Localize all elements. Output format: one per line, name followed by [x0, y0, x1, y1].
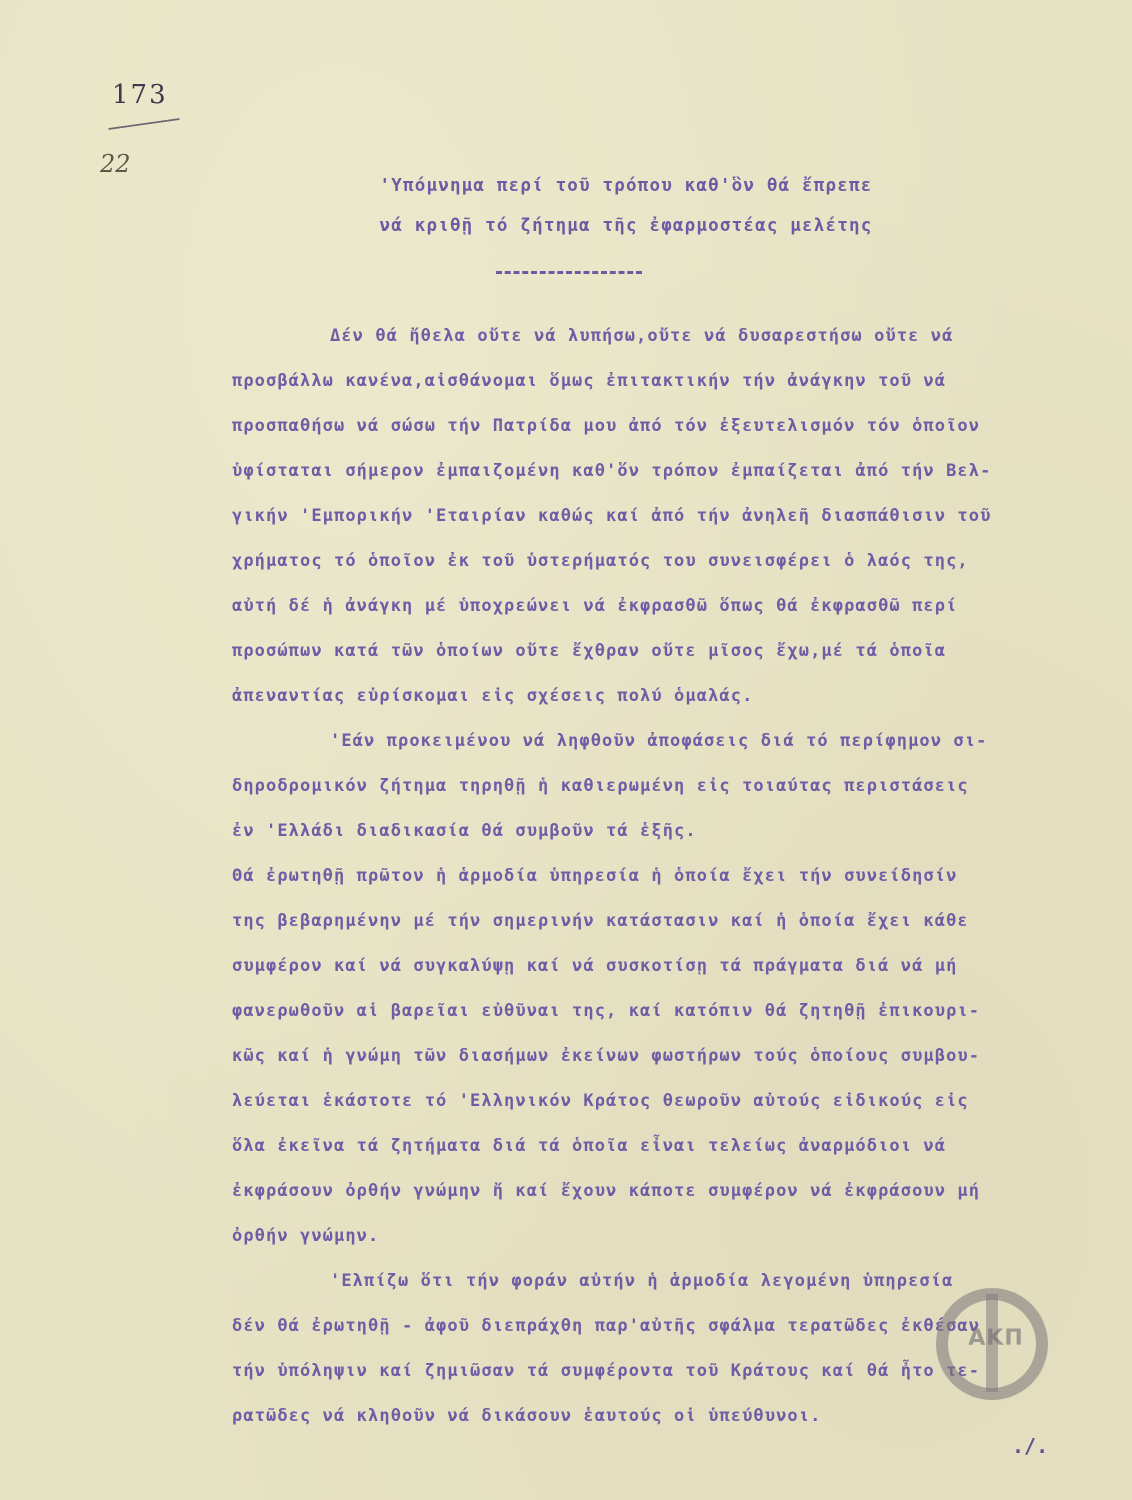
body-line: 'Εάν προκειμένου νά ληφθοῦν ἀποφάσεις δι…	[330, 731, 987, 751]
folio-divider	[108, 118, 180, 130]
body-line: δηροδρομικόν ζήτημα τηρηθῇ ἡ καθιερωμένη…	[232, 776, 969, 796]
archive-stamp-text: ΑΚΠ	[956, 1326, 1036, 1351]
body-line: 'Ελπίζω ὅτι τήν φοράν αὐτήν ἡ ἁρμοδία λε…	[330, 1271, 953, 1291]
body-line: λεύεται ἑκάστοτε τό 'Ελληνικόν Κράτος θε…	[232, 1091, 969, 1111]
continuation-mark: ./.	[1012, 1434, 1048, 1458]
folio-number: 173	[112, 80, 168, 110]
body-line: ἐν 'Ελλάδι διαδικασία θά συμβοῦν τά ἑξῆς…	[232, 821, 697, 841]
body-line: προσπαθήσω νά σώσω τήν Πατρίδα μου ἀπό τ…	[232, 416, 980, 436]
body-line: της βεβαρημένην μέ τήν σημερινήν κατάστα…	[232, 911, 969, 931]
body-line: φανερωθοῦν αἱ βαρεῖαι εὐθῦναι της, καί κ…	[232, 1001, 980, 1021]
body-line: αὐτή δέ ἡ ἀνάγκη μέ ὑποχρεώνει νά ἐκφρασ…	[232, 596, 957, 616]
document-title-line-1: 'Υπόμνημα περί τοῦ τρόπου καθ'ὃν θά ἔπρε…	[120, 176, 1132, 196]
title-separator	[496, 271, 642, 274]
body-line: προσβάλλω κανένα,αἰσθάνομαι ὅμως ἐπιτακτ…	[232, 371, 946, 391]
body-line: δέν θά ἐρωτηθῇ - ἀφοῦ διεπράχθη παρ'αὐτῆ…	[232, 1316, 980, 1336]
body-line: κῶς καί ἡ γνώμη τῶν διασήμων ἐκείνων φωσ…	[232, 1046, 980, 1066]
body-line: τήν ὑπόληψιν καί ζημιῶσαν τά συμφέροντα …	[232, 1361, 980, 1381]
folio-sub-number: 22	[100, 150, 131, 178]
body-line: συμφέρον καί νά συγκαλύψῃ καί νά συσκοτί…	[232, 956, 957, 976]
body-line: Δέν θά ἤθελα οὔτε νά λυπήσω,οὔτε νά δυσα…	[330, 326, 953, 346]
body-line: ὀρθήν γνώμην.	[232, 1226, 379, 1246]
body-line: ὅλα ἐκεῖνα τά ζητήματα διά τά ὁποῖα εἶνα…	[232, 1136, 946, 1156]
document-title-line-2: νά κριθῇ τό ζήτημα τῆς ἐφαρμοστέας μελέτ…	[120, 216, 1132, 236]
body-line: Θά ἐρωτηθῇ πρῶτον ἡ ἁρμοδία ὑπηρεσία ἡ ὁ…	[232, 866, 957, 886]
body-line: χρήματος τό ὁποῖον ἐκ τοῦ ὑστερήματός το…	[232, 551, 969, 571]
document-page: 173 22 'Υπόμνημα περί τοῦ τρόπου καθ'ὃν …	[0, 0, 1132, 1500]
body-line: γικήν 'Εμπορικήν 'Εταιρίαν καθώς καί ἀπό…	[232, 506, 991, 526]
body-line: ρατῶδες νά κληθοῦν νά δικάσουν ἑαυτούς ο…	[232, 1406, 821, 1426]
body-line: ἀπεναντίας εὑρίσκομαι εἰς σχέσεις πολύ ὁ…	[232, 686, 753, 706]
body-line: ἐκφράσουν ὀρθήν γνώμην ἤ καί ἔχουν κάποτ…	[232, 1181, 980, 1201]
body-line: προσώπων κατά τῶν ὁποίων οὔτε ἔχθραν οὔτ…	[232, 641, 946, 661]
body-line: ὑφίσταται σήμερον ἐμπαιζομένη καθ'ὅν τρό…	[232, 461, 991, 481]
